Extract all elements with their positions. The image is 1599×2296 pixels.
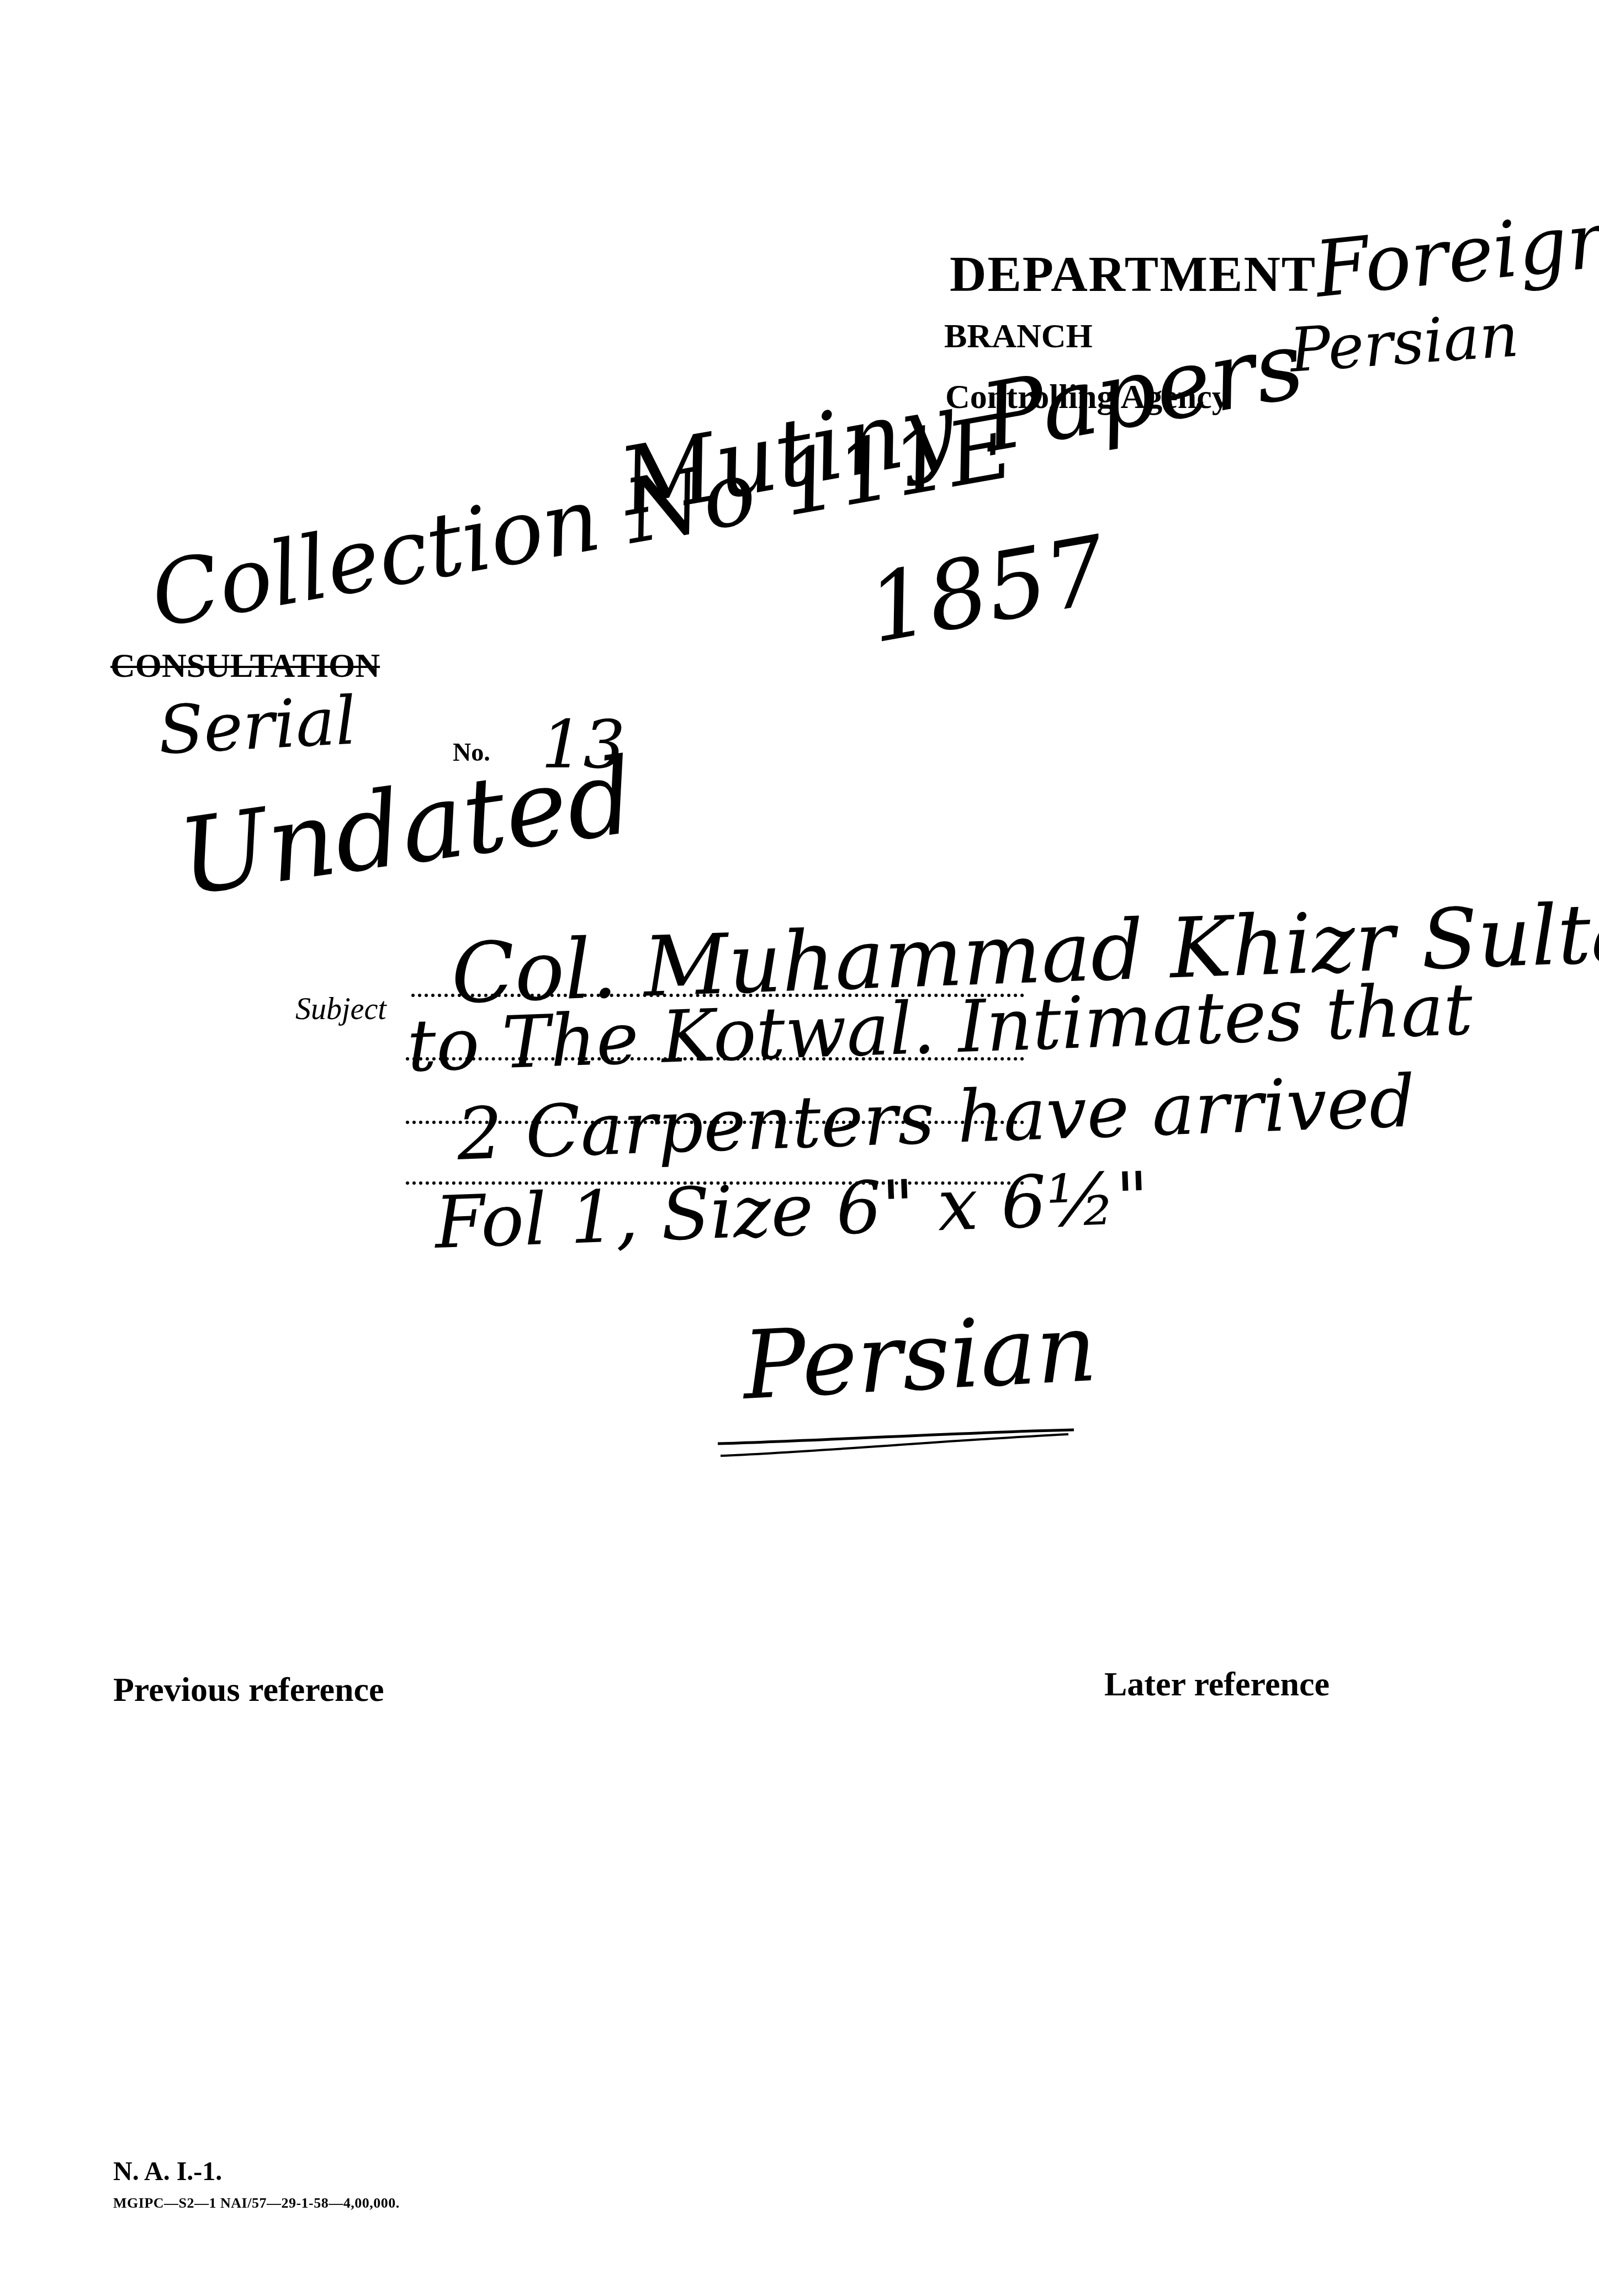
- collection-year-handwritten: 1857: [861, 523, 1113, 657]
- archive-document-page: DEPARTMENT Foreign BRANCH Persian Contro…: [0, 0, 1599, 2296]
- previous-reference-label: Previous reference: [113, 1673, 384, 1707]
- double-underline: [707, 1419, 1093, 1463]
- form-code: N. A. I.-1.: [113, 2159, 222, 2185]
- department-value-handwritten: Foreign: [1311, 200, 1599, 309]
- branch-value-handwritten: Persian: [1288, 304, 1520, 381]
- subject-line-4: Fol 1, Size 6" x 6½": [433, 1162, 1150, 1259]
- language-handwritten: Persian: [740, 1301, 1099, 1413]
- serial-prefix-handwritten: Serial: [157, 688, 358, 765]
- later-reference-label: Later reference: [1104, 1667, 1330, 1701]
- department-label: DEPARTMENT: [950, 248, 1316, 299]
- subject-label: Subject: [295, 994, 386, 1025]
- printer-imprint: MGIPC—S2—1 NAI/57—29-1-58—4,00,000.: [113, 2196, 400, 2210]
- branch-label: BRANCH: [944, 319, 1093, 353]
- consultation-label-struck: CONSULTATION: [110, 649, 380, 683]
- date-handwritten: Undated: [173, 744, 640, 911]
